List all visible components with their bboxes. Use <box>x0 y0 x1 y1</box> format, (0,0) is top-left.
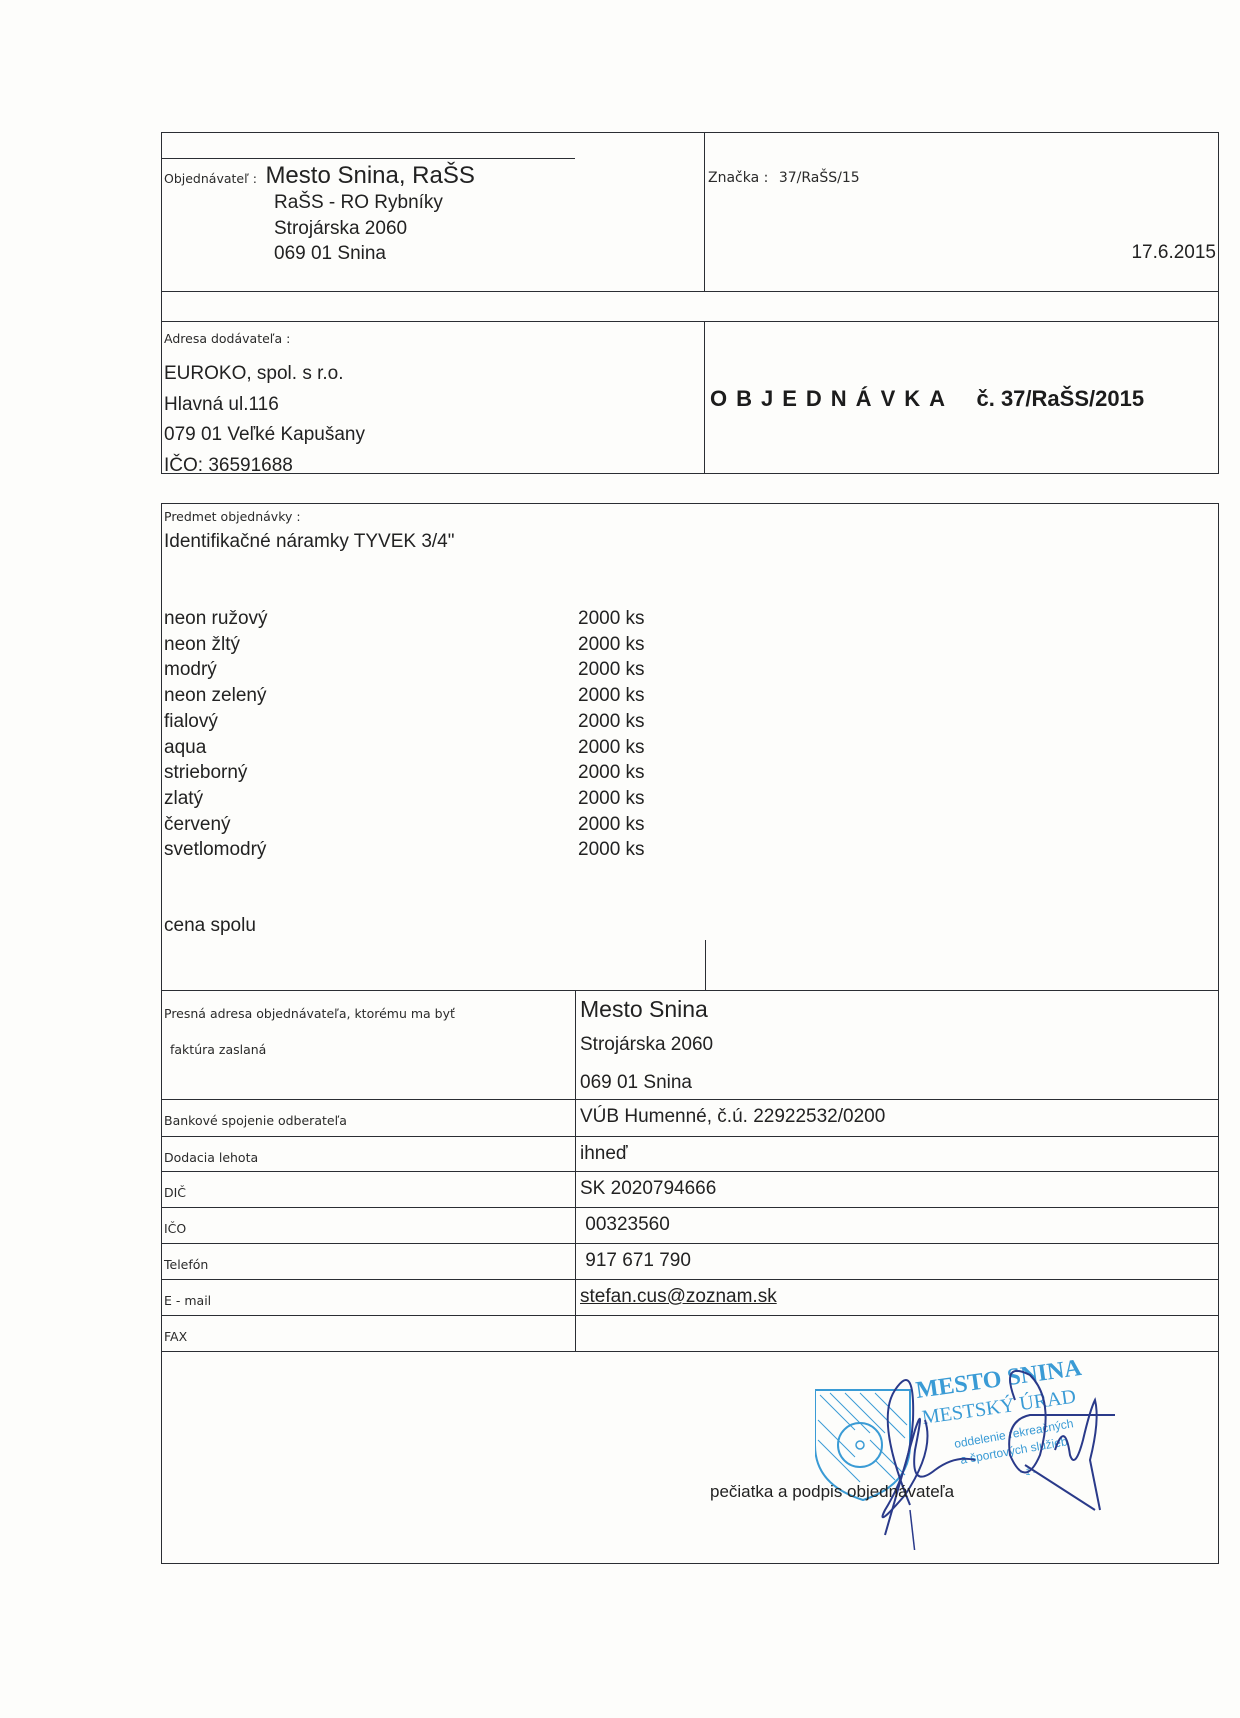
billing-label-1: Presná adresa objednávateľa, ktorému ma … <box>164 1006 455 1021</box>
item-name: zlatý <box>164 788 203 810</box>
detail-label: FAX <box>164 1329 187 1344</box>
detail-value: VÚB Humenné, č.ú. 22922532/0200 <box>580 1106 885 1128</box>
border-top <box>161 132 1219 133</box>
supplier-line: 079 01 Veľké Kapušany <box>164 420 365 451</box>
line-503 <box>161 503 1219 504</box>
line-1351 <box>161 1351 1219 1352</box>
reference-value: 37/RaŠS/15 <box>779 170 860 186</box>
border-right-top <box>1218 132 1219 473</box>
item-quantity: 2000 ks <box>578 814 645 836</box>
supplier-line: EUROKO, spol. s r.o. <box>164 359 365 390</box>
orderer-block: Objednávateľ : Mesto Snina, RaŠS <box>164 162 475 190</box>
border-left-top <box>161 132 162 291</box>
reference-label: Značka : <box>708 170 768 186</box>
item-name: fialový <box>164 711 218 733</box>
detail-value: ihneď <box>580 1143 628 1165</box>
order-title: OBJEDNÁVKA č. 37/RaŠS/2015 <box>710 386 1144 412</box>
item-name: neon ružový <box>164 608 268 630</box>
orderer-line: RaŠS - RO Rybníky <box>274 190 443 216</box>
billing-label-2: faktúra zaslaná <box>170 1042 266 1057</box>
item-name: aqua <box>164 737 206 759</box>
item-quantity: 2000 ks <box>578 711 645 733</box>
item-quantity: 2000 ks <box>578 659 645 681</box>
orderer-line: Strojárska 2060 <box>274 216 443 242</box>
billing-line: 069 01 Snina <box>580 1066 713 1100</box>
item-quantity: 2000 ks <box>578 839 645 861</box>
billing-line: Mesto Snina <box>580 996 713 1030</box>
stamp-icon: MESTO SNINA MESTSKÝ ÚRAD oddelenie rekre… <box>815 1360 1155 1550</box>
item-name: červený <box>164 814 231 836</box>
border-left-supplier <box>161 321 162 473</box>
line-1171 <box>161 1171 1219 1172</box>
border-left-gap <box>161 291 162 321</box>
stamp-signature-area: MESTO SNINA MESTSKÝ ÚRAD oddelenie rekre… <box>815 1360 1155 1550</box>
line-1243 <box>161 1243 1219 1244</box>
total-label: cena spolu <box>164 915 256 937</box>
supplier-label: Adresa dodávateľa : <box>164 331 290 346</box>
header-underline <box>161 158 575 159</box>
orderer-label: Objednávateľ : <box>164 171 257 186</box>
item-name: modrý <box>164 659 217 681</box>
border-bottom <box>161 1563 1219 1564</box>
line-321 <box>161 321 1219 322</box>
line-1136 <box>161 1136 1219 1137</box>
line-1207 <box>161 1207 1219 1208</box>
detail-label: Bankové spojenie odberateľa <box>164 1113 347 1128</box>
divider-supplier <box>704 321 705 473</box>
orderer-line: 069 01 Snina <box>274 241 443 267</box>
border-left-main <box>161 503 162 1563</box>
line-1315 <box>161 1315 1219 1316</box>
divider-top <box>704 132 705 291</box>
billing-line: Strojárska 2060 <box>580 1030 713 1066</box>
subject-label: Predmet objednávky : <box>164 509 301 524</box>
subject-value: Identifikačné náramky TYVEK 3/4" <box>164 531 454 553</box>
item-name: neon zelený <box>164 685 266 707</box>
border-right-main <box>1218 503 1219 1563</box>
reference: Značka : 37/RaŠS/15 <box>708 170 860 186</box>
order-date: 17.6.2015 <box>1131 242 1216 264</box>
detail-value: 00323560 <box>580 1214 670 1236</box>
line-990 <box>161 990 1219 991</box>
billing-address: Mesto Snina Strojárska 2060 069 01 Snina <box>580 996 713 1100</box>
title-word: OBJEDNÁVKA <box>710 386 954 411</box>
total-divider <box>705 940 706 990</box>
item-name: svetlomodrý <box>164 839 266 861</box>
item-quantity: 2000 ks <box>578 788 645 810</box>
detail-value: SK 2020794666 <box>580 1178 716 1200</box>
supplier-line: IČO: 36591688 <box>164 451 365 482</box>
detail-value: 917 671 790 <box>580 1250 691 1272</box>
line-1279 <box>161 1279 1219 1280</box>
detail-label: Dodacia lehota <box>164 1150 258 1165</box>
orderer-address: RaŠS - RO Rybníky Strojárska 2060 069 01… <box>274 190 443 267</box>
item-name: strieborný <box>164 762 247 784</box>
item-quantity: 2000 ks <box>578 608 645 630</box>
signature-caption: pečiatka a podpis objednávateľa <box>710 1482 954 1502</box>
item-name: neon žltý <box>164 634 240 656</box>
title-number: č. 37/RaŠS/2015 <box>976 386 1144 411</box>
supplier-line: Hlavná ul.116 <box>164 390 365 421</box>
detail-label: E - mail <box>164 1293 211 1308</box>
item-quantity: 2000 ks <box>578 634 645 656</box>
item-quantity: 2000 ks <box>578 737 645 759</box>
orderer-name: Mesto Snina, RaŠS <box>265 162 474 189</box>
item-quantity: 2000 ks <box>578 762 645 784</box>
detail-label: IČO <box>164 1221 186 1236</box>
email-link[interactable]: stefan.cus@zoznam.sk <box>580 1286 777 1308</box>
line-291 <box>161 291 1219 292</box>
detail-label: DIČ <box>164 1185 186 1200</box>
supplier-address: EUROKO, spol. s r.o. Hlavná ul.116 079 0… <box>164 359 365 481</box>
detail-label: Telefón <box>164 1257 208 1272</box>
item-quantity: 2000 ks <box>578 685 645 707</box>
